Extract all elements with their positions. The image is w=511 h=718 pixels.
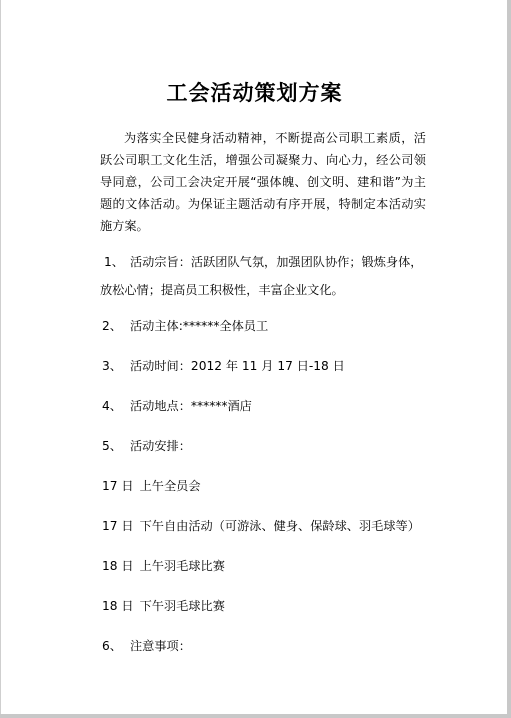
document-page: 工会活动策划方案 为落实全民健身活动精神，不断提高公司职工素质，活跃公司职工文化… xyxy=(0,0,511,718)
schedule-day: 18 日 xyxy=(102,559,134,573)
item-text: 注意事项： xyxy=(130,639,191,653)
item-arrangement: 5、活动安排： xyxy=(102,438,191,454)
item-number: 4、 xyxy=(102,398,130,414)
intro-paragraph: 为落实全民健身活动精神，不断提高公司职工素质，活跃公司职工文化生活，增强公司凝聚… xyxy=(100,127,426,237)
item-participants: 2、活动主体:******全体员工 xyxy=(102,318,268,334)
schedule-text: 下午自由活动（可游泳、健身、保龄球、羽毛球等） xyxy=(140,519,420,533)
item-notes: 6、注意事项： xyxy=(102,638,191,654)
item-purpose: 1、活动宗旨：活跃团队气氛，加强团队协作；锻炼身体，放松心情；提高员工积极性，丰… xyxy=(100,248,426,304)
document-title: 工会活动策划方案 xyxy=(1,79,508,107)
schedule-text: 下午羽毛球比赛 xyxy=(140,599,225,613)
schedule-entry: 17 日下午自由活动（可游泳、健身、保龄球、羽毛球等） xyxy=(102,518,420,534)
schedule-day: 18 日 xyxy=(102,599,134,613)
schedule-day: 17 日 xyxy=(102,479,134,493)
item-number: 3、 xyxy=(102,358,130,374)
item-text: 活动时间：2012 年 11 月 17 日-18 日 xyxy=(130,359,345,373)
item-number: 5、 xyxy=(102,438,130,454)
item-number: 6、 xyxy=(102,638,130,654)
item-text: 活动地点：******酒店 xyxy=(130,399,252,413)
schedule-entry: 18 日下午羽毛球比赛 xyxy=(102,598,225,614)
page-shadow-bottom xyxy=(0,714,511,718)
item-time: 3、活动时间：2012 年 11 月 17 日-18 日 xyxy=(102,358,345,374)
item-number: 2、 xyxy=(102,318,130,334)
item-text: 活动安排： xyxy=(130,439,191,453)
item-text: 活动宗旨：活跃团队气氛，加强团队协作；锻炼身体，放松心情；提高员工积极性，丰富企… xyxy=(100,255,423,297)
page-shadow-right xyxy=(507,0,511,718)
schedule-day: 17 日 xyxy=(102,519,134,533)
item-number: 1、 xyxy=(102,248,130,276)
item-location: 4、活动地点：******酒店 xyxy=(102,398,252,414)
schedule-entry: 17 日上午全员会 xyxy=(102,478,201,494)
schedule-text: 上午羽毛球比赛 xyxy=(140,559,225,573)
schedule-entry: 18 日上午羽毛球比赛 xyxy=(102,558,225,574)
schedule-text: 上午全员会 xyxy=(140,479,201,493)
item-text: 活动主体:******全体员工 xyxy=(130,319,268,333)
